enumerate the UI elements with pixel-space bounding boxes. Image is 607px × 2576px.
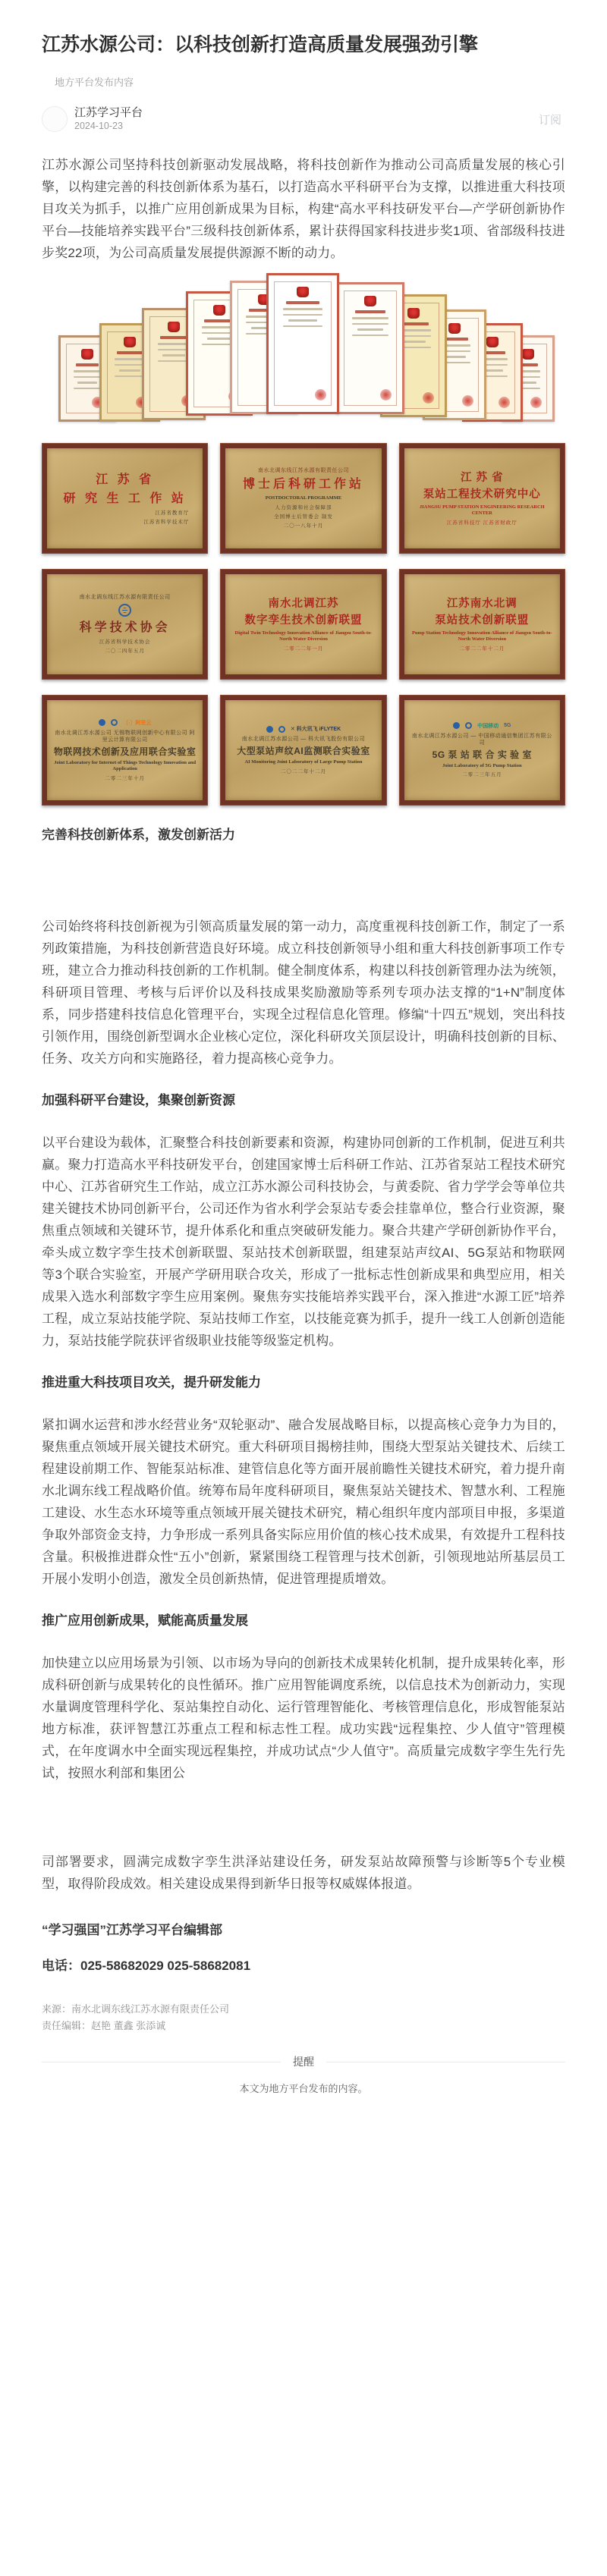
red-seal-icon (423, 392, 434, 404)
partner-logo-icon (453, 722, 460, 729)
plaque-small-line: 江苏省科学技术厅 (143, 519, 189, 526)
plaque-small-line: 江苏省科技厅 江苏省财政厅 (447, 520, 517, 526)
plaque-small-line: 二零二三年十月 (105, 775, 145, 782)
plaque-logos: ✕ 科大讯飞 iFLYTEK (266, 725, 341, 733)
plaque-title-en: POSTDOCTORAL PROGRAMME (266, 495, 341, 502)
plaque: ✕ 科大讯飞 iFLYTEK南水北调江苏水源公司 — 科大讯飞股份有限公司大型泵… (220, 695, 386, 806)
notice-title: 提醒 (293, 2054, 314, 2069)
plaque-title: 研 究 生 工 作 站 (64, 491, 187, 507)
association-emblem-icon (118, 604, 131, 617)
plaque-small-line: 二零二二年一月 (284, 646, 324, 652)
article-page: 江苏水源公司：以科技创新打造高质量发展强劲引擎 地方平台发布内容 江苏学习平台 … (0, 0, 607, 2095)
plaque-org-line: 南水北调江苏水源公司 无锡物联网创新中心有限公司 阿里云计算有限公司 (53, 730, 197, 743)
plaque-small-line: 全国博士后管委会 制发 (274, 514, 333, 520)
red-seal-icon (380, 389, 392, 401)
article-paragraph-5b: 司部署要求，圆满完成数字孪生洪泽站建设任务，研发泵站故障预警与诊断等5个专业模型… (42, 1851, 565, 1895)
plaque-title-en: JIANGSU PUMP STATION ENGINEERING RESEARC… (410, 504, 554, 517)
plaque-title: 江 苏 省 (96, 472, 154, 488)
section-heading-1: 加强科研平台建设，集聚创新资源 (42, 1089, 565, 1111)
plaque-title: 江 苏 省 (461, 471, 504, 485)
plaque: 江 苏 省研 究 生 工 作 站江苏省教育厅江苏省科学技术厅 (42, 443, 208, 554)
partner-logo: ✕ 科大讯飞 iFLYTEK (291, 725, 341, 733)
section-heading-2: 推进重大科技项目攻关，提升研发能力 (42, 1371, 565, 1393)
plaque-title: 5G 泵 站 联 合 实 验 室 (432, 749, 532, 761)
plaque-org-line: 南水北调江苏水源公司 — 科大讯飞股份有限公司 (242, 736, 365, 743)
plaque: 江 苏 省泵站工程技术研究中心JIANGSU PUMP STATION ENGI… (399, 443, 565, 554)
partner-logo-icon (99, 719, 105, 726)
subscribe-button[interactable]: 订阅 (539, 112, 561, 127)
plaque-org-line: 南水北调江苏水源公司 — 中国移动通信集团江苏有限公司 (410, 733, 554, 746)
plaque-title: 科学技术协会 (80, 620, 171, 636)
divider-line-left (42, 2062, 281, 2062)
plaque-title: 泵站技术创新联盟 (435, 614, 529, 628)
plaque-title: 物联网技术创新及应用联合实验室 (54, 746, 197, 758)
red-seal-icon (498, 397, 510, 408)
section-heading-3: 推广应用创新成果，赋能高质量发展 (42, 1610, 565, 1632)
certificates-image[interactable] (42, 273, 565, 423)
publish-date: 2024-10-23 (74, 120, 143, 133)
plaque-title: 泵站工程技术研究中心 (423, 488, 541, 502)
national-emblem-icon (81, 349, 93, 360)
plaque-title-en: Pump Station Technology Innovation Allia… (410, 630, 554, 643)
plaque-title: 数字孪生技术创新联盟 (244, 614, 362, 628)
plaque-small-line: 二〇一八年十月 (284, 523, 324, 529)
plaque-title-en: Digital Twin Technology Innovation Allia… (231, 630, 375, 643)
national-emblem-icon (297, 287, 309, 297)
national-emblem-icon (168, 322, 180, 332)
national-emblem-icon (486, 337, 498, 347)
divider-line-right (326, 2062, 565, 2062)
notice-divider: 提醒 (42, 2054, 565, 2069)
certificate-fan (52, 273, 555, 423)
plaque-small-line: 二〇二四年五月 (105, 648, 145, 655)
partner-logo-icon (465, 722, 472, 729)
plaque-logos: 中国移动5G (453, 722, 511, 730)
national-emblem-icon (407, 308, 420, 319)
article-paragraph-1: 江苏水源公司坚持科技创新驱动发展战略，将科技创新作为推动公司高质量发展的核心引擎… (42, 154, 565, 264)
national-emblem-icon (213, 305, 225, 316)
plaque-small-line: 二零二三年五月 (462, 771, 502, 778)
red-seal-icon (462, 395, 473, 407)
article-paragraph-5a: 加快建立以应用场景为引领、以市场为导向的创新技术成果转化机制，提升成果转化率，形… (42, 1652, 565, 1784)
plaques-image[interactable]: 江 苏 省研 究 生 工 作 站江苏省教育厅江苏省科学技术厅南水北调东线江苏水源… (42, 443, 565, 806)
plaque: 南水北调东线江苏水源有限责任公司科学技术协会江苏省科学技术协会二〇二四年五月 (42, 569, 208, 680)
plaque-small-line: 二〇二二年十二月 (281, 768, 326, 775)
editorial-signature: “学习强国”江苏学习平台编辑部 (42, 1919, 565, 1941)
article-paragraph-4: 紧扣调水运营和涉水经营业务“双轮驱动”、融合发展战略目标，以提高核心竞争力为目的… (42, 1414, 565, 1590)
author-avatar[interactable] (42, 106, 68, 132)
national-emblem-icon (364, 296, 376, 306)
plaque-logos: 〔-〕阿里云 (99, 719, 151, 727)
national-emblem-icon (448, 323, 461, 334)
partner-logo: 中国移动 (477, 722, 498, 730)
plaque: 江苏南水北调泵站技术创新联盟Pump Station Technology In… (399, 569, 565, 680)
national-emblem-icon (124, 337, 136, 347)
plaque-title: 博士后科研工作站 (243, 476, 364, 493)
plaque: 南水北调江苏数字孪生技术创新联盟Digital Twin Technology … (220, 569, 386, 680)
platform-subtitle: 地方平台发布内容 (55, 74, 565, 89)
plaque: 南水北调东线江苏水源有限责任公司博士后科研工作站POSTDOCTORAL PRO… (220, 443, 386, 554)
plaque-title-en: Joint Laboratory for Internet of Things … (53, 760, 197, 773)
plaque-org-line: 南水北调东线江苏水源有限责任公司 (80, 594, 171, 601)
plaque-small-line: 二零二二年十二月 (459, 646, 505, 652)
editors-line: 责任编辑：赵艳 董鑫 张添诚 (42, 2018, 565, 2034)
notice-text: 本文为地方平台发布的内容。 (42, 2081, 565, 2095)
article-paragraph-2: 公司始终将科技创新视为引领高质量发展的第一动力，高度重视科技创新工作，制定了一系… (42, 916, 565, 1070)
plaque-small-line: 人力资源和社会保障部 (275, 504, 332, 511)
author-name[interactable]: 江苏学习平台 (74, 106, 143, 120)
plaque-title: 南水北调江苏 (268, 597, 338, 611)
plaque-org-line: 南水北调东线江苏水源有限责任公司 (258, 467, 349, 474)
plaque-small-line: 江苏省科学技术协会 (99, 639, 151, 646)
national-emblem-icon (522, 349, 534, 360)
plaque-title: 江苏南水北调 (447, 597, 517, 611)
source-line: 来源：南水北调东线江苏水源有限责任公司 (42, 2001, 565, 2018)
plaque-title-en: Joint Laboratory of 5G Pump Station (442, 763, 522, 770)
partner-logo-icon (278, 726, 285, 733)
plaque: 〔-〕阿里云南水北调江苏水源公司 无锡物联网创新中心有限公司 阿里云计算有限公司… (42, 695, 208, 806)
partner-logo-icon (111, 719, 118, 726)
red-seal-icon (530, 397, 542, 408)
image-caption: 完善科技创新体系，激发创新活力 (42, 824, 565, 846)
partner-logo-icon (266, 726, 273, 733)
partner-logo: 5G (504, 723, 511, 728)
article-paragraph-3: 以平台建设为载体，汇聚整合科技创新要素和资源，构建协同创新的工作机制，促进互利共… (42, 1132, 565, 1352)
plaque: 中国移动5G南水北调江苏水源公司 — 中国移动通信集团江苏有限公司5G 泵 站 … (399, 695, 565, 806)
award-certificate (336, 282, 404, 414)
plaque-title-en: AI Monitoring Joint Laboratory of Large … (244, 759, 362, 766)
contact-phone: 电话：025-58682029 025-58682081 (42, 1955, 565, 1977)
author-row: 江苏学习平台 2024-10-23 订阅 (42, 105, 565, 134)
page-title: 江苏水源公司：以科技创新打造高质量发展强劲引擎 (42, 32, 565, 58)
plaque-title: 大型泵站声纹AI监测联合实验室 (237, 745, 370, 757)
award-certificate (266, 273, 339, 414)
plaque-small-line: 江苏省教育厅 (155, 510, 189, 517)
red-seal-icon (315, 389, 326, 401)
partner-logo: 〔-〕阿里云 (123, 719, 151, 727)
